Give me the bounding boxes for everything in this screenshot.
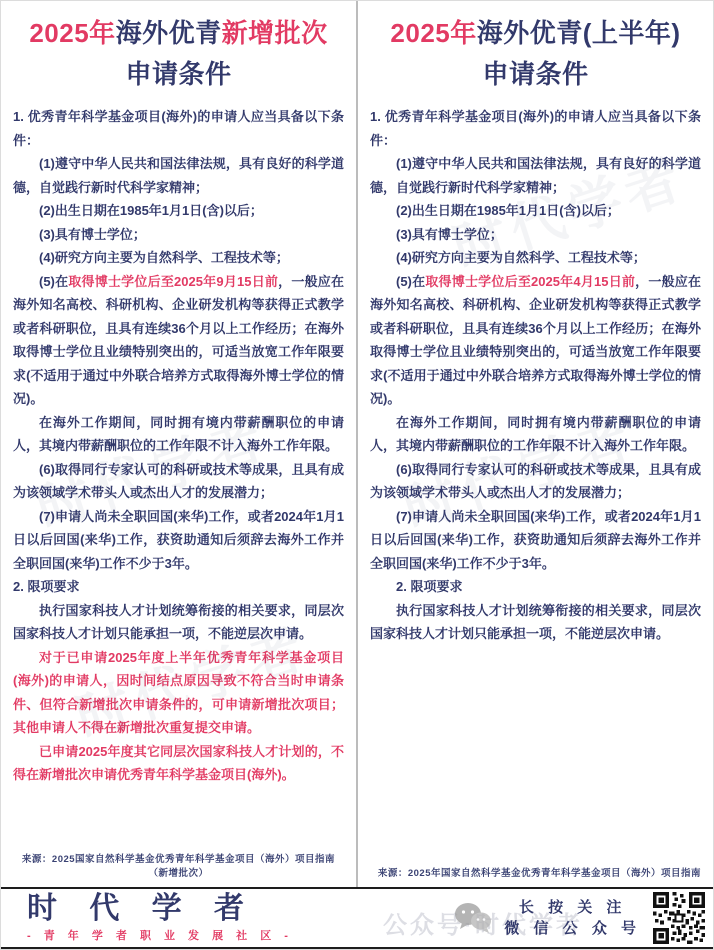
right-body: 1. 优秀青年科学基金项目(海外)的申请人应当具备以下条件： (1)遵守中华人民… — [370, 105, 701, 646]
paragraph: 在海外工作期间，同时拥有境内带薪酬职位的申请人，其境内带薪酬职位的工作年限不计入… — [13, 411, 344, 458]
right-title-line1: 2025年海外优青(上半年) — [370, 13, 701, 54]
paragraph: (2)出生日期在1985年1月1日(含)以后； — [13, 199, 344, 223]
brand-logo: 时 代 学 者 — [27, 894, 293, 924]
right-column: 时代学者 时代学者 2025年海外优青(上半年) 申请条件 1. 优秀青年科学基… — [358, 1, 713, 887]
paragraph: (1)遵守中华人民共和国法律法规，具有良好的科学道德，自觉践行新时代科学家精神； — [13, 152, 344, 199]
paragraph: 执行国家科技人才计划统筹衔接的相关要求，同层次国家科技人才计划只能承担一项，不能… — [370, 599, 701, 646]
paragraph: (5)在取得博士学位后至2025年4月15日前，一般应在海外知名高校、科研机构、… — [370, 270, 701, 411]
content-columns: 时代学者 时代学者 2025年海外优青新增批次 申请条件 1. 优秀青年科学基金… — [1, 1, 713, 887]
section-heading: 1. 优秀青年科学基金项目(海外)的申请人应当具备以下条件： — [13, 105, 344, 152]
brand-block: 时 代 学 者 - 青 年 学 者 职 业 发 展 社 区 - — [1, 894, 293, 943]
paragraph: (1)遵守中华人民共和国法律法规，具有良好的科学道德，自觉践行新时代科学家精神； — [370, 152, 701, 199]
paragraph: (3)具有博士学位； — [370, 223, 701, 247]
right-title: 2025年海外优青(上半年) 申请条件 — [370, 13, 701, 95]
paragraph: (4)研究方向主要为自然科学、工程技术等； — [13, 246, 344, 270]
left-title-line1: 2025年海外优青新增批次 — [13, 13, 344, 54]
paragraph: (7)申请人尚未全职回国(来华)工作，或者2024年1月1日以后回国(来华)工作… — [370, 505, 701, 576]
footer-right: 长 按 关 注 微 信 公 众 号 — [454, 892, 713, 944]
highlight-paragraph: 已申请2025年度其它同层次国家科技人才计划的，不得在新增批次申请优秀青年科学基… — [13, 740, 344, 787]
paragraph-segment: (5)在 — [396, 274, 425, 289]
source-note: 来源：2025国家自然科学基金优秀青年科学基金项目（海外）项目指南（新增批次） — [13, 851, 344, 879]
paragraph: (4)研究方向主要为自然科学、工程技术等； — [370, 246, 701, 270]
follow-line1: 长 按 关 注 — [504, 897, 641, 918]
paragraph: (7)申请人尚未全职回国(来华)工作，或者2024年1月1日以后回国(来华)工作… — [13, 505, 344, 576]
left-column: 时代学者 时代学者 2025年海外优青新增批次 申请条件 1. 优秀青年科学基金… — [1, 1, 356, 887]
highlight-date: 取得博士学位后至2025年4月15日前 — [425, 274, 635, 289]
paragraph: 在海外工作期间，同时拥有境内带薪酬职位的申请人，其境内带薪酬职位的工作年限不计入… — [370, 411, 701, 458]
right-title-line2: 申请条件 — [370, 54, 701, 95]
paragraph: (3)具有博士学位； — [13, 223, 344, 247]
paragraph: (5)在取得博士学位后至2025年9月15日前，一般应在海外知名高校、科研机构、… — [13, 270, 344, 411]
section-heading: 2. 限项要求 — [370, 575, 701, 599]
left-body: 1. 优秀青年科学基金项目(海外)的申请人应当具备以下条件： (1)遵守中华人民… — [13, 105, 344, 787]
left-title: 2025年海外优青新增批次 申请条件 — [13, 13, 344, 95]
page: 时代学者 时代学者 2025年海外优青新增批次 申请条件 1. 优秀青年科学基金… — [0, 0, 714, 950]
footer: 时 代 学 者 - 青 年 学 者 职 业 发 展 社 区 - 公众号·时代学者… — [1, 887, 713, 949]
follow-line2: 微 信 公 众 号 — [504, 918, 641, 939]
paragraph-segment: ，一般应在海外知名高校、科研机构、企业研发机构等获得正式教学或者科研职位，且具有… — [13, 274, 344, 407]
follow-text: 长 按 关 注 微 信 公 众 号 — [504, 897, 641, 939]
right-title-program: 海外优青(上半年) — [477, 18, 681, 48]
paragraph-segment: ，一般应在海外知名高校、科研机构、企业研发机构等获得正式教学或者科研职位，且具有… — [370, 274, 701, 407]
qr-code-icon — [653, 892, 705, 944]
left-title-line2: 申请条件 — [13, 54, 344, 95]
paragraph-segment: (5)在 — [39, 274, 68, 289]
highlight-date: 取得博士学位后至2025年9月15日前 — [68, 274, 278, 289]
left-title-year: 2025年 — [29, 18, 115, 48]
paragraph: (6)取得同行专家认可的科研或技术等成果，且具有成为该领域学术带头人或杰出人才的… — [370, 458, 701, 505]
highlight-paragraph: 对于已申请2025年度上半年优秀青年科学基金项目(海外)的申请人，因时间结点原因… — [13, 646, 344, 740]
left-title-batch: 新增批次 — [222, 18, 328, 48]
right-title-year: 2025年 — [390, 18, 476, 48]
paragraph: 执行国家科技人才计划统筹衔接的相关要求，同层次国家科技人才计划只能承担一项，不能… — [13, 599, 344, 646]
paragraph: (6)取得同行专家认可的科研或技术等成果，且具有成为该领域学术带头人或杰出人才的… — [13, 458, 344, 505]
source-note: 来源：2025年国家自然科学基金优秀青年科学基金项目（海外）项目指南 — [370, 865, 701, 879]
section-heading: 1. 优秀青年科学基金项目(海外)的申请人应当具备以下条件： — [370, 105, 701, 152]
section-heading: 2. 限项要求 — [13, 575, 344, 599]
left-title-program: 海外优青 — [116, 18, 222, 48]
wechat-icon — [454, 902, 492, 934]
brand-tagline: - 青 年 学 者 职 业 发 展 社 区 - — [27, 927, 293, 943]
paragraph: (2)出生日期在1985年1月1日(含)以后； — [370, 199, 701, 223]
